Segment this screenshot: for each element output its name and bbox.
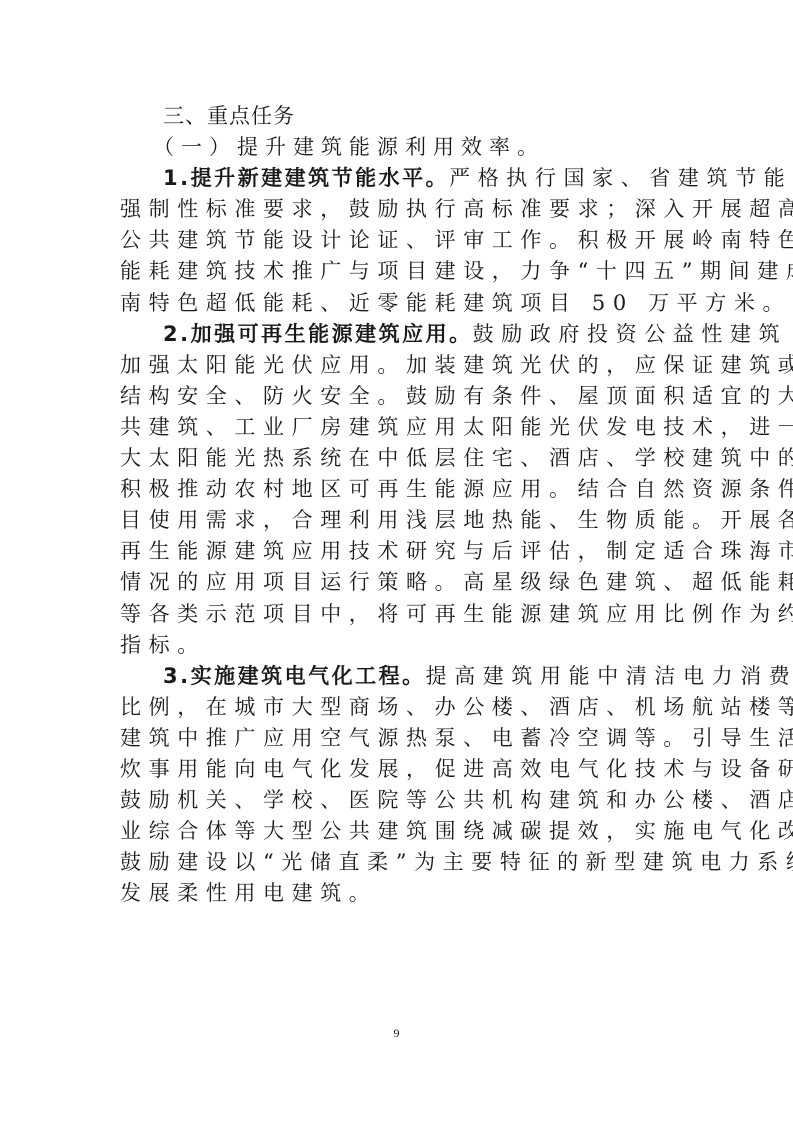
subsection-heading: （一）提升建筑能源利用效率。 [120, 132, 673, 163]
paragraph-line: 再生能源建筑应用技术研究与后评估，制定适合珠海市本地 [120, 536, 673, 567]
item-1-text: 严格执行国家、省建筑节能 [449, 166, 792, 190]
item-1-title: 1.提升新建建筑节能水平。 [163, 166, 449, 190]
paragraph-line: 业综合体等大型公共建筑围绕减碳提效，实施电气化改造。 [120, 816, 673, 847]
paragraph-line: 鼓励建设以“光储直柔”为主要特征的新型建筑电力系统， [120, 847, 673, 878]
item-1-first-line: 1.提升新建建筑节能水平。严格执行国家、省建筑节能 [120, 163, 673, 194]
paragraph-line: 大太阳能光热系统在中低层住宅、酒店、学校建筑中的应用。 [120, 443, 673, 474]
item-3-text: 提高建筑用能中清洁电力消费 [426, 664, 793, 688]
paragraph-line: 炊事用能向电气化发展，促进高效电气化技术与设备研发。 [120, 754, 673, 785]
paragraph-line: 情况的应用项目运行策略。高星级绿色建筑、超低能耗建筑 [120, 567, 673, 598]
paragraph-line: 强制性标准要求，鼓励执行高标准要求；深入开展超高超限 [120, 194, 673, 225]
paragraph-line: 积极推动农村地区可再生能源应用。结合自然资源条件和项 [120, 474, 673, 505]
item-3: 3.实施建筑电气化工程。提高建筑用能中清洁电力消费 比例，在城市大型商场、办公楼… [120, 661, 673, 910]
item-3-first-line: 3.实施建筑电气化工程。提高建筑用能中清洁电力消费 [120, 661, 673, 692]
paragraph-line: 建筑中推广应用空气源热泵、电蓄冷空调等。引导生活热水、 [120, 723, 673, 754]
item-3-title: 3.实施建筑电气化工程。 [163, 664, 426, 688]
item-1: 1.提升新建建筑节能水平。严格执行国家、省建筑节能 强制性标准要求，鼓励执行高标… [120, 163, 673, 318]
item-2: 2.加强可再生能源建筑应用。鼓励政府投资公益性建筑 加强太阳能光伏应用。加装建筑… [120, 319, 673, 661]
item-2-title: 2.加强可再生能源建筑应用。 [163, 322, 473, 346]
item-2-text: 鼓励政府投资公益性建筑 [473, 322, 788, 346]
paragraph-line: 南特色超低能耗、近零能耗建筑项目 50 万平方米。 [120, 288, 673, 319]
paragraph-line: 等各类示范项目中，将可再生能源建筑应用比例作为约束性 [120, 599, 673, 630]
paragraph-line: 共建筑、工业厂房建筑应用太阳能光伏发电技术，进一步加 [120, 412, 673, 443]
section-heading: 三、重点任务 [120, 101, 673, 132]
paragraph-line: 发展柔性用电建筑。 [120, 878, 673, 909]
paragraph-line: 比例，在城市大型商场、办公楼、酒店、机场航站楼等公共 [120, 692, 673, 723]
paragraph-line: 目使用需求，合理利用浅层地热能、生物质能。开展各类可 [120, 505, 673, 536]
document-page: 三、重点任务 （一）提升建筑能源利用效率。 1.提升新建建筑节能水平。严格执行国… [120, 101, 673, 909]
paragraph-line: 鼓励机关、学校、医院等公共机构建筑和办公楼、酒店、商 [120, 785, 673, 816]
paragraph-line: 指标。 [120, 630, 673, 661]
paragraph-line: 公共建筑节能设计论证、评审工作。积极开展岭南特色超低 [120, 225, 673, 256]
page-number: 9 [0, 1026, 793, 1041]
paragraph-line: 能耗建筑技术推广与项目建设，力争“十四五”期间建成岭 [120, 256, 673, 287]
item-2-first-line: 2.加强可再生能源建筑应用。鼓励政府投资公益性建筑 [120, 319, 673, 350]
paragraph-line: 加强太阳能光伏应用。加装建筑光伏的，应保证建筑或设施 [120, 350, 673, 381]
paragraph-line: 结构安全、防火安全。鼓励有条件、屋顶面积适宜的大型公 [120, 381, 673, 412]
